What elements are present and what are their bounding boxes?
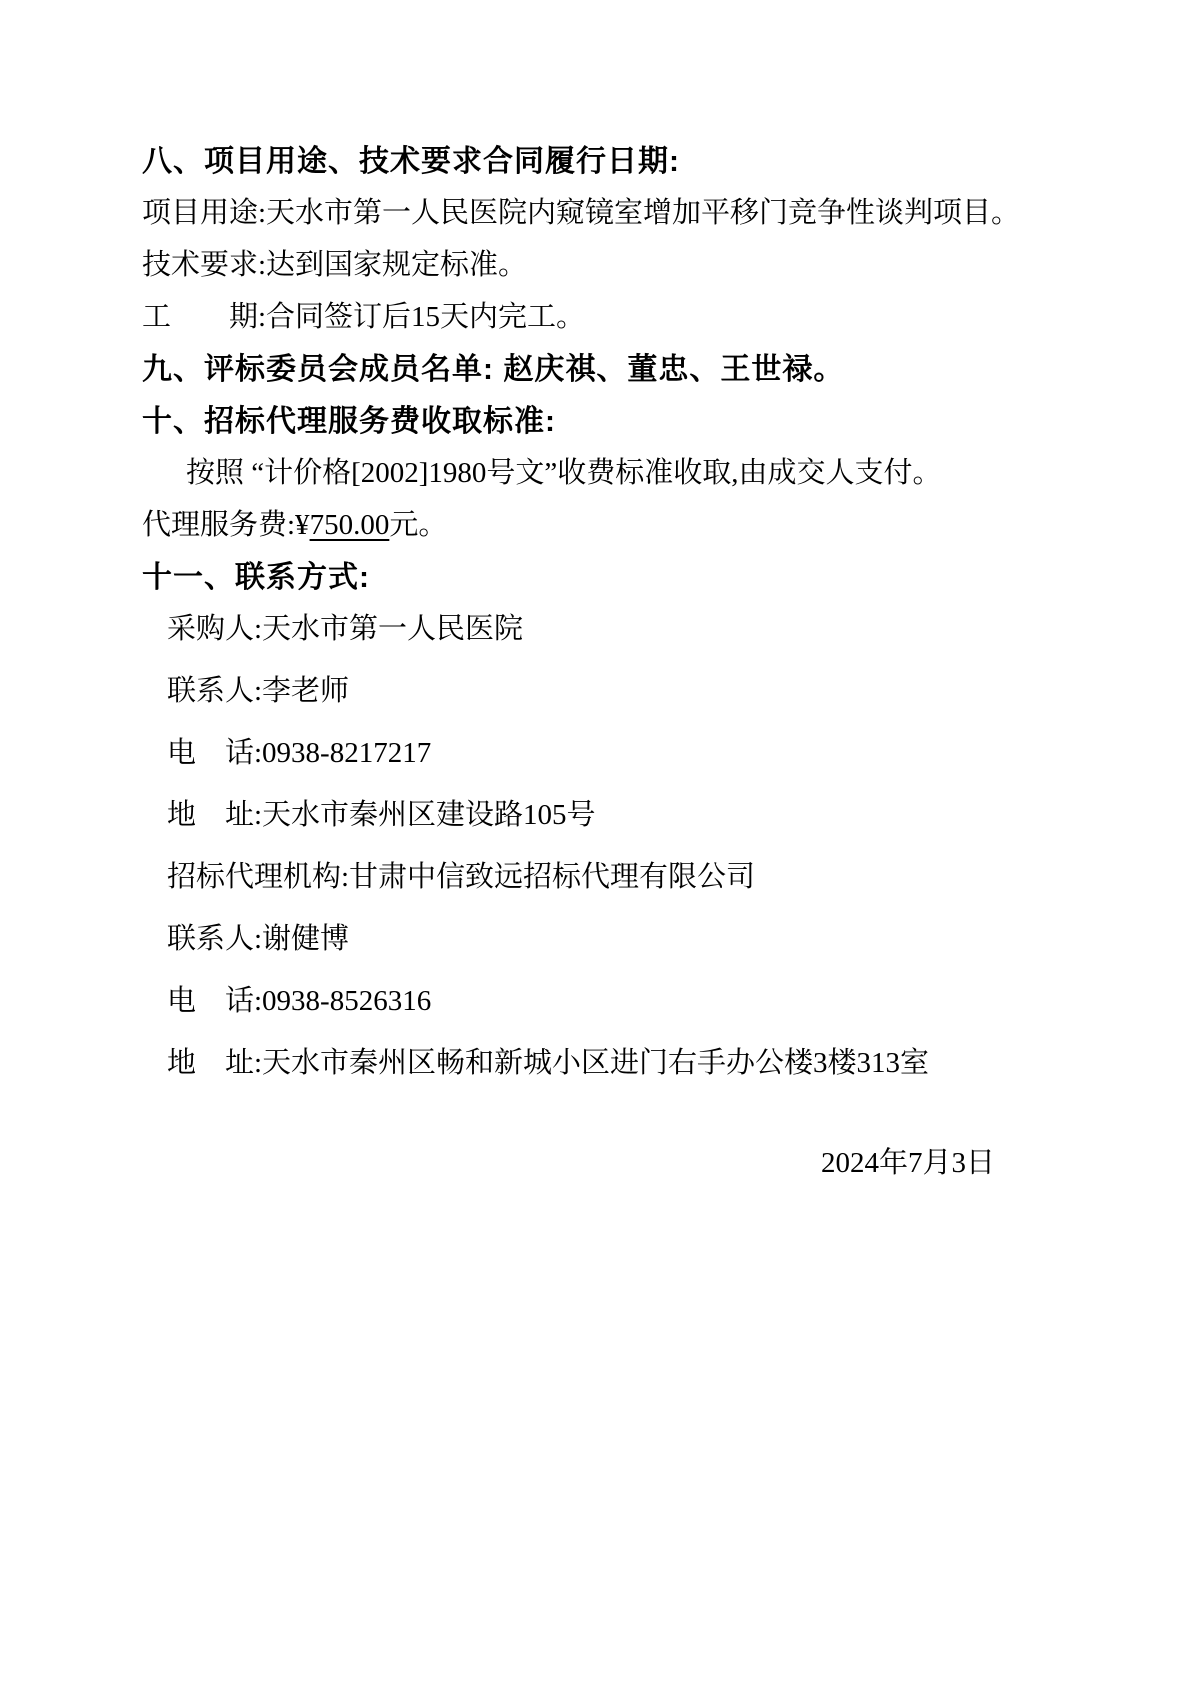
section-9-heading: 九、评标委员会成员名单: 赵庆祺、董忠、王世禄。 [142, 354, 1053, 385]
agency-address-line: 地 址:天水市秦州区畅和新城小区进门右手办公楼3楼313室 [167, 1048, 1053, 1079]
agency-phone-line: 电 话:0938-8526316 [167, 986, 1053, 1017]
agency-org-line: 招标代理机构:甘肃中信致远招标代理有限公司 [167, 862, 1053, 893]
contact-block: 采购人:天水市第一人民医院 联系人:李老师 电 话:0938-8217217 地… [142, 614, 1053, 1079]
tech-requirement-line: 技术要求:达到国家规定标准。 [142, 250, 1053, 281]
document-page: 八、项目用途、技术要求合同履行日期: 项目用途:天水市第一人民医院内窥镜室增加平… [0, 0, 1191, 1684]
agency-fee-line: 代理服务费:¥750.00元。 [142, 510, 1053, 541]
purchaser-address-line: 地 址:天水市秦州区建设路105号 [167, 800, 1053, 831]
purchaser-line: 采购人:天水市第一人民医院 [167, 614, 1053, 645]
section-11-heading: 十一、联系方式: [142, 562, 1053, 593]
purchaser-phone-line: 电 话:0938-8217217 [167, 738, 1053, 769]
agency-fee-amount: 750.00 [310, 509, 390, 541]
section-10-heading: 十、招标代理服务费收取标准: [142, 406, 1053, 437]
construction-period-line: 工 期:合同签订后15天内完工。 [142, 302, 1053, 333]
section-8-heading: 八、项目用途、技术要求合同履行日期: [142, 146, 1053, 177]
project-use-line: 项目用途:天水市第一人民医院内窥镜室增加平移门竞争性谈判项目。 [142, 198, 1053, 229]
agency-fee-suffix: 元。 [389, 509, 447, 541]
document-body: 八、项目用途、技术要求合同履行日期: 项目用途:天水市第一人民医院内窥镜室增加平… [142, 146, 1053, 1200]
agency-fee-prefix: 代理服务费:¥ [142, 509, 310, 541]
purchaser-contact-name-line: 联系人:李老师 [167, 676, 1053, 707]
agency-contact-name-line: 联系人:谢健博 [167, 924, 1053, 955]
fee-basis-line: 按照 “计价格[2002]1980号文”收费标准收取,由成交人支付。 [142, 458, 1053, 489]
document-date: 2024年7月3日 [142, 1148, 1053, 1179]
